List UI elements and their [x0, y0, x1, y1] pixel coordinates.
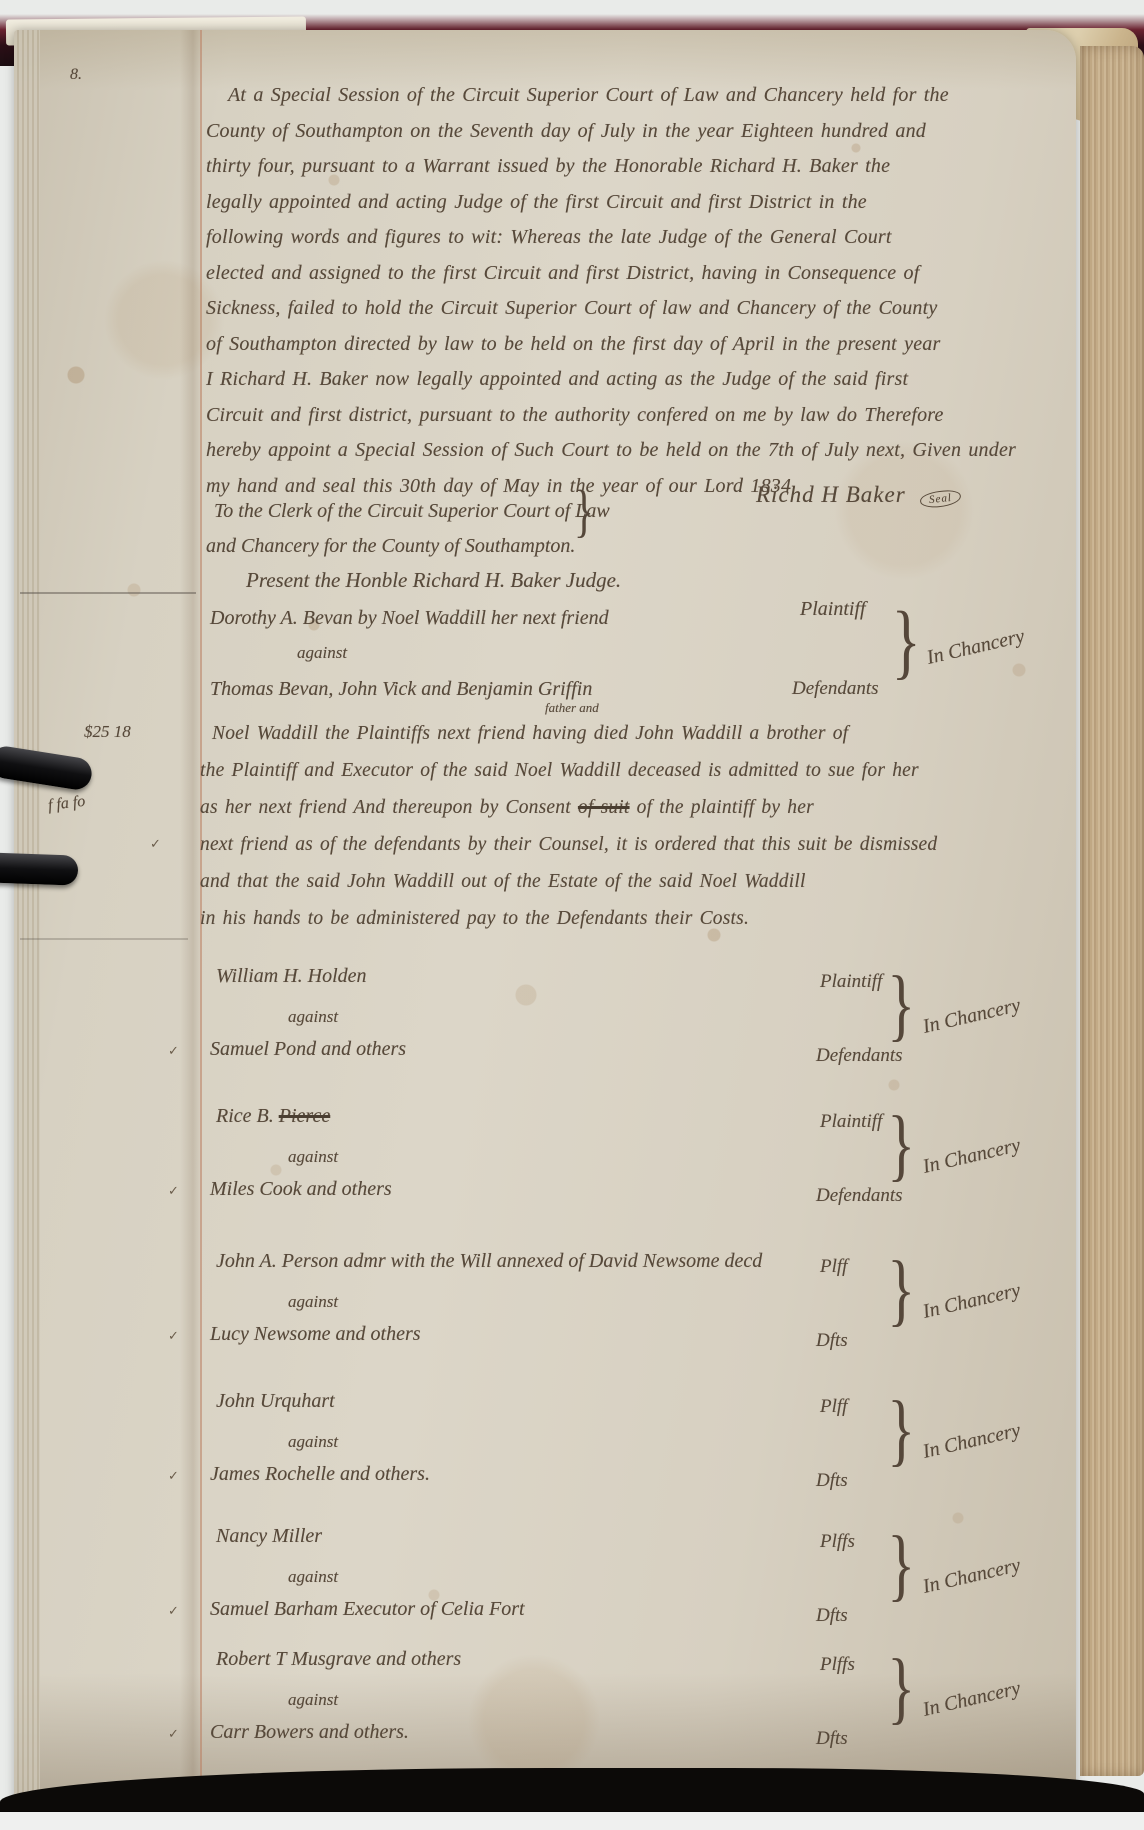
- against-label: against: [288, 1147, 338, 1167]
- plaintiff-name: Rice B. Pierce: [216, 1105, 330, 1128]
- defendant-name: Miles Cook and others: [210, 1178, 392, 1201]
- page-crease: [180, 30, 200, 1816]
- binder-clip: [0, 852, 78, 885]
- headnote-line: Circuit and first district, pursuant to …: [206, 398, 1072, 434]
- plaintiff-label: Plffs: [820, 1654, 855, 1676]
- against-label: against: [288, 1567, 338, 1587]
- check-mark: ✓: [168, 1726, 179, 1742]
- clerk-address-line-1: To the Clerk of the Circuit Superior Cou…: [214, 500, 610, 523]
- case-entry: ✓John UrquhartagainstJames Rochelle and …: [210, 1390, 1076, 1510]
- plaintiff-text: Nancy Miller: [216, 1525, 322, 1547]
- headnote-line: I Richard H. Baker now legally appointed…: [206, 362, 1072, 398]
- struck-text: of suit: [578, 797, 630, 818]
- case-entry: ✓William H. HoldenagainstSamuel Pond and…: [210, 965, 1076, 1085]
- clerk-address-line-2: and Chancery for the County of Southampt…: [206, 535, 575, 558]
- defendant-label: Dfts: [816, 1728, 848, 1750]
- in-chancery-label: In Chancery: [921, 1677, 1023, 1722]
- against-label: against: [297, 643, 347, 663]
- order-line: the Plaintiff and Executor of the said N…: [200, 752, 1080, 789]
- brace-icon: }: [574, 482, 594, 540]
- page-left-edge: [14, 30, 40, 1816]
- plaintiff-text: Robert T Musgrave and others: [216, 1648, 461, 1670]
- margin-pencil-line: [20, 592, 196, 594]
- brace-icon: }: [892, 600, 921, 684]
- check-mark: ✓: [168, 1183, 179, 1199]
- order-line: as her next friend And thereupon by Cons…: [200, 789, 1080, 826]
- check-mark: ✓: [168, 1603, 179, 1619]
- plaintiff-name: John Urquhart: [216, 1390, 335, 1413]
- signature-name: Richd H Baker: [756, 482, 906, 507]
- defendant-label: Defendants: [792, 678, 879, 700]
- in-chancery-label: In Chancery: [921, 1554, 1023, 1599]
- plaintiff-label: Plaintiff: [820, 971, 882, 993]
- defendant-name: Lucy Newsome and others: [210, 1323, 421, 1346]
- check-mark: ✓: [168, 1328, 179, 1344]
- brace-icon: }: [887, 1648, 915, 1728]
- order-text: of the plaintiff by her: [630, 797, 814, 818]
- photo-background: 8. At a Special Session of the Circuit S…: [0, 0, 1144, 1830]
- ledger-page: 8. At a Special Session of the Circuit S…: [14, 30, 1076, 1816]
- defendant-name: Samuel Barham Executor of Celia Fort: [210, 1598, 525, 1621]
- page-stack-edge: [1080, 46, 1144, 1776]
- plaintiff-label: Plff: [820, 1256, 847, 1278]
- check-mark: ✓: [168, 1043, 179, 1059]
- in-chancery-label: In Chancery: [921, 1134, 1023, 1179]
- in-chancery-label: In Chancery: [921, 1279, 1023, 1324]
- against-label: against: [288, 1690, 338, 1710]
- plaintiff-label: Plffs: [820, 1531, 855, 1553]
- margin-pencil-line: [20, 938, 188, 940]
- defendant-label: Defendants: [816, 1045, 903, 1067]
- plaintiff-name: Nancy Miller: [216, 1525, 322, 1548]
- brace-icon: }: [887, 1390, 915, 1470]
- brace-icon: }: [887, 1105, 915, 1185]
- case-entry: ✓Robert T Musgrave and othersagainstCarr…: [210, 1648, 1076, 1768]
- defendant-label: Defendants: [816, 1185, 903, 1207]
- order-paragraph: Noel Waddill the Plaintiffs next friend …: [200, 715, 1080, 937]
- plaintiff-label: Plff: [820, 1396, 847, 1418]
- margin-note: f fa fo: [47, 793, 86, 815]
- headnote-line: At a Special Session of the Circuit Supe…: [206, 78, 1072, 114]
- case-entry: ✓John A. Person admr with the Will annex…: [210, 1250, 1076, 1370]
- headnote-paragraph: At a Special Session of the Circuit Supe…: [206, 78, 1072, 504]
- defendant-name: Carr Bowers and others.: [210, 1721, 409, 1744]
- seal-mark: Seal: [919, 489, 961, 509]
- plaintiff-label: Plaintiff: [800, 598, 866, 621]
- struck-text: Pierce: [279, 1105, 330, 1127]
- order-text: as her next friend And thereupon by Cons…: [200, 797, 578, 818]
- case-entry: ✓Rice B. PierceagainstMiles Cook and oth…: [210, 1105, 1076, 1225]
- judge-signature: Richd H BakerSeal: [756, 482, 961, 508]
- brace-icon: }: [887, 1250, 915, 1330]
- defendant-label: Dfts: [816, 1605, 848, 1627]
- case-entry: ✓Nancy MilleragainstSamuel Barham Execut…: [210, 1525, 1076, 1645]
- headnote-line: following words and figures to wit: Wher…: [206, 220, 1072, 256]
- order-line: in his hands to be administered pay to t…: [200, 900, 1080, 937]
- headnote-line: elected and assigned to the first Circui…: [206, 256, 1072, 292]
- plaintiff-name: William H. Holden: [216, 965, 367, 988]
- defendant-label: Dfts: [816, 1330, 848, 1352]
- headnote-line: County of Southampton on the Seventh day…: [206, 114, 1072, 150]
- photo-bottom-strip: [0, 1812, 1144, 1830]
- page-number: 8.: [70, 66, 82, 84]
- defendant-name: Thomas Bevan, John Vick and Benjamin Gri…: [210, 678, 592, 701]
- in-chancery-label: In Chancery: [921, 1419, 1023, 1464]
- plaintiff-name: John A. Person admr with the Will annexe…: [216, 1250, 762, 1273]
- plaintiff-text: John Urquhart: [216, 1390, 335, 1412]
- plaintiff-text: John A. Person admr with the Will annexe…: [216, 1250, 762, 1272]
- against-label: against: [288, 1432, 338, 1452]
- check-mark: ✓: [168, 1468, 179, 1484]
- plaintiff-text: Rice B.: [216, 1105, 279, 1127]
- order-line: Noel Waddill the Plaintiffs next friend …: [200, 715, 1080, 752]
- margin-amount: $25 18: [84, 722, 131, 742]
- check-mark: ✓: [150, 836, 161, 852]
- headnote-line: legally appointed and acting Judge of th…: [206, 185, 1072, 221]
- interlineation: father and: [545, 700, 599, 716]
- brace-icon: }: [887, 1525, 915, 1605]
- in-chancery-label: In Chancery: [921, 994, 1023, 1039]
- brace-icon: }: [887, 965, 915, 1045]
- defendant-name: James Rochelle and others.: [210, 1463, 430, 1486]
- headnote-line: thirty four, pursuant to a Warrant issue…: [206, 149, 1072, 185]
- order-line: and that the said John Waddill out of th…: [200, 863, 1080, 900]
- against-label: against: [288, 1292, 338, 1312]
- defendant-name: Samuel Pond and others: [210, 1038, 406, 1061]
- headnote-line: hereby appoint a Special Session of Such…: [206, 433, 1072, 469]
- plaintiff-text: William H. Holden: [216, 965, 367, 987]
- defendant-label: Dfts: [816, 1470, 848, 1492]
- plaintiff-label: Plaintiff: [820, 1111, 882, 1133]
- plaintiff-name: Dorothy A. Bevan by Noel Waddill her nex…: [210, 607, 609, 630]
- headnote-line: of Southampton directed by law to be hel…: [206, 327, 1072, 363]
- order-line: next friend as of the defendants by thei…: [200, 826, 1080, 863]
- headnote-line: Sickness, failed to hold the Circuit Sup…: [206, 291, 1072, 327]
- plaintiff-name: Robert T Musgrave and others: [216, 1648, 461, 1671]
- present-judge-line: Present the Honble Richard H. Baker Judg…: [246, 568, 621, 593]
- in-chancery-label: In Chancery: [925, 625, 1027, 670]
- against-label: against: [288, 1007, 338, 1027]
